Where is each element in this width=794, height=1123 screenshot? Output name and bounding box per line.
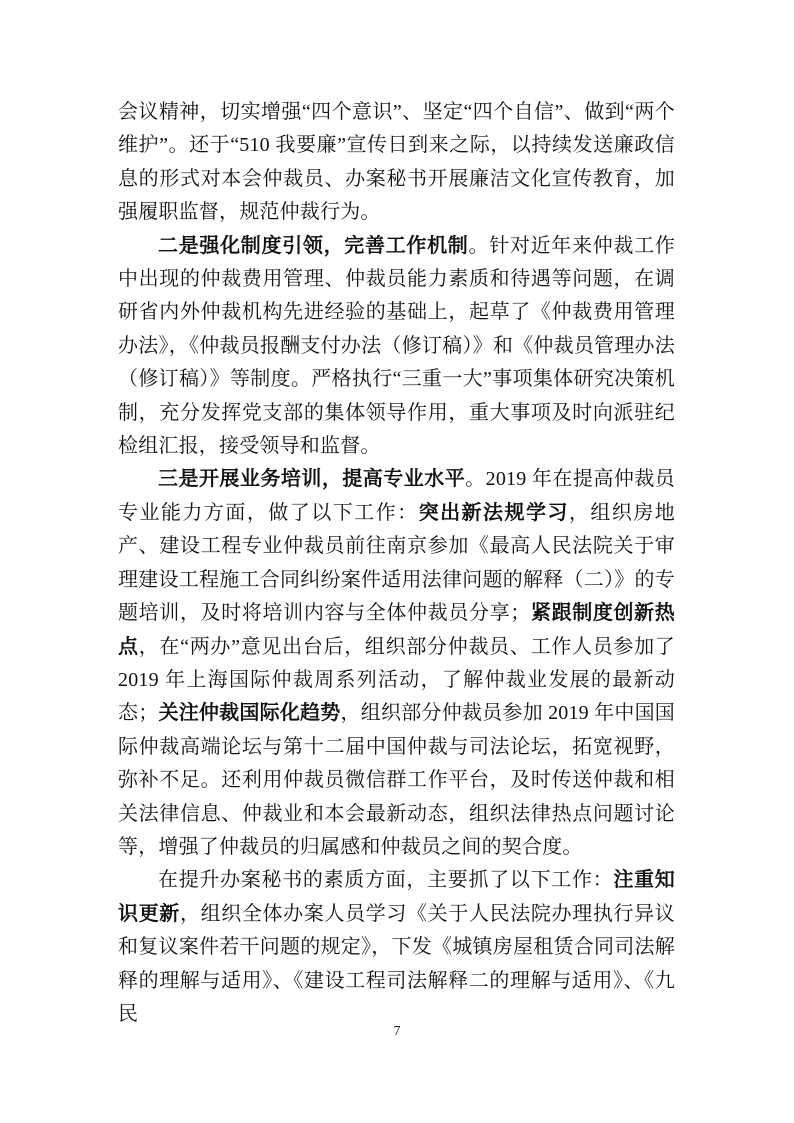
paragraph-section-three: 三是开展业务培训，提高专业水平。2019 年在提高仲裁员专业能力方面，做了以下工…: [118, 463, 675, 864]
text-run: ，组织部分仲裁员参加 2019 年中国国际仲裁高端论坛与第十二届中国仲裁与司法论…: [118, 702, 675, 858]
section-heading-run: 二是强化制度引领，完善工作机制: [158, 235, 469, 257]
text-run: 会议精神，切实增强“四个意识”、坚定“四个自信”、做到“两个维护”。还于“510…: [118, 101, 675, 223]
text-run: ，组织全体办案人员学习《关于人民法院办理执行异议和复议案件若干问题的规定》，下发…: [118, 903, 675, 1025]
paragraph-section-two: 二是强化制度引领，完善工作机制。针对近年来仲裁工作中出现的仲裁费用管理、仲裁员能…: [118, 230, 675, 464]
emphasis-run: 突出新法规学习: [419, 502, 569, 524]
paragraph-continuation: 会议精神，切实增强“四个意识”、坚定“四个自信”、做到“两个维护”。还于“510…: [118, 96, 675, 230]
emphasis-run: 关注仲裁国际化趋势: [158, 702, 340, 724]
paragraph-case-secretaries: 在提升办案秘书的素质方面，主要抓了以下工作：注重知识更新，组织全体办案人员学习《…: [118, 864, 675, 1031]
text-run: 在提升办案秘书的素质方面，主要抓了以下工作：: [158, 869, 613, 891]
page-number: 7: [0, 1024, 794, 1040]
document-body: 会议精神，切实增强“四个意识”、坚定“四个自信”、做到“两个维护”。还于“510…: [118, 96, 675, 1031]
section-heading-run: 三是开展业务培训，提高专业水平: [158, 468, 465, 490]
text-run: 。针对近年来仲裁工作中出现的仲裁费用管理、仲裁员能力素质和待遇等问题，在调研省内…: [118, 235, 675, 457]
document-page: 会议精神，切实增强“四个意识”、坚定“四个自信”、做到“两个维护”。还于“510…: [0, 0, 794, 1123]
